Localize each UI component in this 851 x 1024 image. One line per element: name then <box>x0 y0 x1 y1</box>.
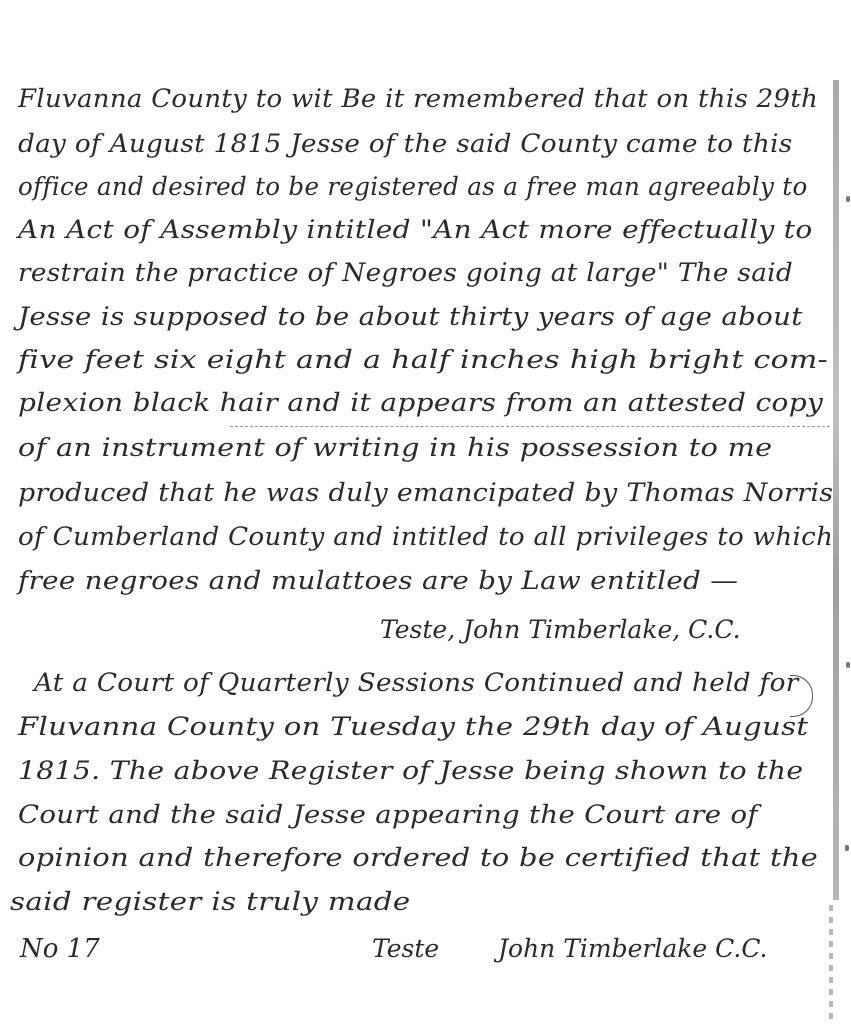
body-line-5: restrain the practice of Negroes going a… <box>18 258 793 287</box>
court-line-2: Fluvanna County on Tuesday the 29th day … <box>18 712 808 741</box>
body-line-6: Jesse is supposed to be about thirty yea… <box>18 302 803 331</box>
body-line-12: free negroes and mulattoes are by Law en… <box>18 566 738 595</box>
edge-speck <box>845 845 849 851</box>
page-edge-shadow <box>833 80 839 900</box>
body-line-9: of an instrument of writing in his posse… <box>18 433 772 462</box>
scanned-document-page: Fluvanna County to wit Be it remembered … <box>0 0 851 1024</box>
court-line-1: At a Court of Quarterly Sessions Continu… <box>34 668 799 697</box>
body-line-4: An Act of Assembly intitled "An Act more… <box>18 215 812 244</box>
page-edge-shadow-lower <box>829 905 833 1024</box>
court-line-3: 1815. The above Register of Jesse being … <box>18 756 803 785</box>
body-line-3: office and desired to be registered as a… <box>18 172 808 201</box>
body-line-1: Fluvanna County to wit Be it remembered … <box>18 84 818 113</box>
edge-speck <box>846 662 850 668</box>
attestation-signature-2: John Timberlake C.C. <box>498 934 768 963</box>
edge-speck <box>846 196 850 202</box>
margin-bracket <box>790 675 813 717</box>
court-line-5: opinion and therefore ordered to be cert… <box>18 843 818 872</box>
register-number: No 17 <box>20 934 100 964</box>
body-line-11: of Cumberland County and intitled to all… <box>18 522 833 551</box>
attestation-signature-1: Teste, John Timberlake, C.C. <box>380 615 741 644</box>
body-line-10: produced that he was duly emancipated by… <box>18 478 833 507</box>
faint-rule <box>230 426 830 428</box>
body-line-8: plexion black hair and it appears from a… <box>18 388 823 417</box>
body-line-7: five feet six eight and a half inches hi… <box>18 345 828 374</box>
court-line-6: said register is truly made <box>10 887 411 916</box>
court-line-4: Court and the said Jesse appearing the C… <box>18 800 758 829</box>
body-line-2: day of August 1815 Jesse of the said Cou… <box>18 129 793 158</box>
attestation-teste: Teste <box>372 934 439 963</box>
